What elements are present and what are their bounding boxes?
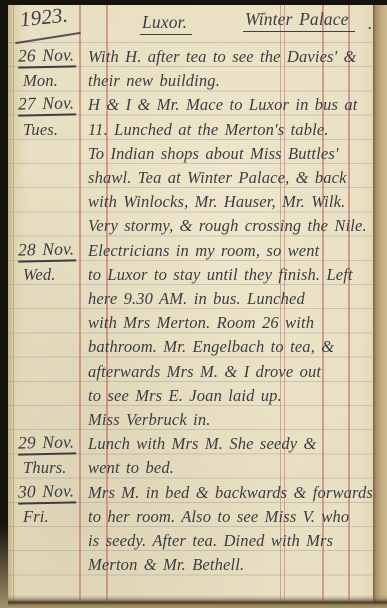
entry-line-text: With H. after tea to see the Davies' & [88,47,357,67]
entry-line-text: here 9.30 AM. in bus. Lunched [88,289,305,309]
diary-row: Miss Verbruck in. [0,407,387,432]
diary-row: bathroom. Mr. Engelbach to tea, & [0,334,387,359]
diary-row: 30 Nov.Mrs M. in bed & backwards & forwa… [0,480,387,505]
photo-edge-top [0,0,387,5]
diary-row: To Indian shops about Miss Buttles' [0,141,387,166]
entry-line-text: bathroom. Mr. Engelbach to tea, & [88,337,334,357]
entry-date: 26 Nov. [18,44,76,68]
entry-line-text: Merton & Mr. Bethell. [88,555,244,575]
diary-row: here 9.30 AM. in bus. Lunched [0,286,387,311]
entry-line-text: their new building. [88,71,220,91]
diary-row: Merton & Mr. Bethell. [0,552,387,577]
entry-line-text: went to bed. [88,458,174,478]
page-edge-right [373,0,387,608]
diary-row: with Winlocks, Mr. Hauser, Mr. Wilk. [0,189,387,214]
book-binding-edge [0,0,8,608]
diary-row: is seedy. After tea. Dined with Mrs [0,528,387,553]
entry-day: Wed. [23,265,56,285]
entry-line-text: 11. Lunched at the Merton's table. [88,120,329,140]
diary-page-photo: 1923. Luxor. Winter Palace . 26 Nov.With… [0,0,387,608]
entry-line-text: to Luxor to stay until they finish. Left [88,265,353,285]
entry-line-text: is seedy. After tea. Dined with Mrs [88,531,333,551]
entry-line-text: with Mrs Merton. Room 26 with [88,313,314,333]
page-edge-bottom [0,595,387,608]
entry-line-text: afterwards Mrs M. & I drove out [88,362,321,382]
diary-row: to see Mrs E. Joan laid up. [0,383,387,408]
entry-line-text: Electricians in my room, so went [88,241,319,261]
entry-line-text: with Winlocks, Mr. Hauser, Mr. Wilk. [88,192,345,212]
diary-row: Fri.to her room. Also to see Miss V. who [0,504,387,529]
entry-day: Thurs. [23,458,67,478]
entry-line-text: Miss Verbruck in. [88,410,211,430]
entry-line-text: H & I & Mr. Mace to Luxor in bus at [88,95,358,115]
entry-date: 30 Nov. [18,480,76,504]
entry-day: Tues. [23,120,58,140]
diary-row: shawl. Tea at Winter Palace, & back [0,165,387,190]
diary-row: with Mrs Merton. Room 26 with [0,310,387,335]
diary-row: 28 Nov.Electricians in my room, so went [0,238,387,263]
diary-row: 26 Nov.With H. after tea to see the Davi… [0,44,387,69]
diary-row: afterwards Mrs M. & I drove out [0,359,387,384]
entry-line-text: To Indian shops about Miss Buttles' [88,144,339,164]
entry-line-text: to her room. Also to see Miss V. who [88,507,349,527]
diary-entries: 26 Nov.With H. after tea to see the Davi… [0,0,387,608]
entry-date: 27 Nov. [18,93,76,117]
entry-line-text: Very stormy, & rough crossing the Nile. [88,216,367,236]
diary-row: Wed.to Luxor to stay until they finish. … [0,262,387,287]
entry-date: 28 Nov. [18,238,76,262]
entry-day: Fri. [23,507,49,527]
diary-row: 29 Nov.Lunch with Mrs M. She seedy & [0,431,387,456]
ink-speck [263,12,266,15]
diary-row: Thurs.went to bed. [0,455,387,480]
diary-row: 27 Nov.H & I & Mr. Mace to Luxor in bus … [0,92,387,117]
diary-row: Tues.11. Lunched at the Merton's table. [0,117,387,142]
entry-line-text: shawl. Tea at Winter Palace, & back [88,168,347,188]
entry-line-text: Lunch with Mrs M. She seedy & [88,434,317,454]
entry-line-text: to see Mrs E. Joan laid up. [88,386,282,406]
entry-date: 29 Nov. [18,432,76,456]
diary-row: Mon.their new building. [0,68,387,93]
entry-line-text: Mrs M. in bed & backwards & forwards [88,483,373,503]
entry-day: Mon. [23,71,58,91]
diary-row: Very stormy, & rough crossing the Nile. [0,213,387,238]
